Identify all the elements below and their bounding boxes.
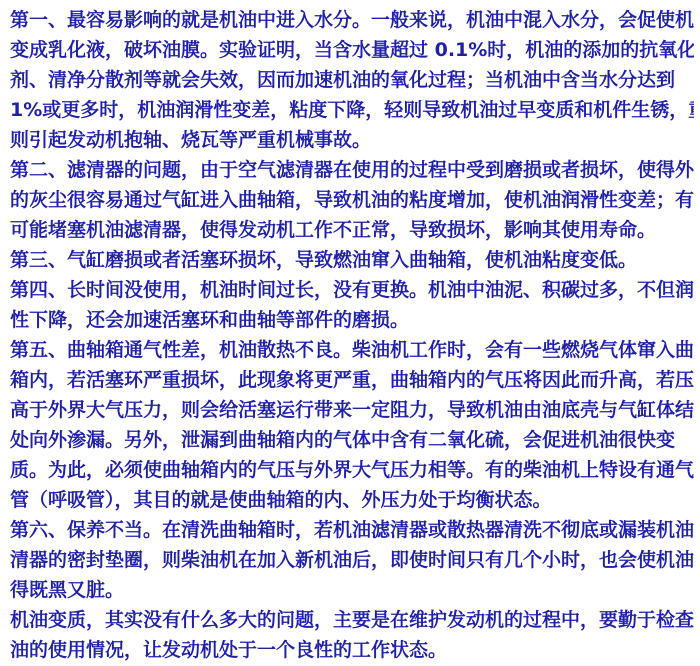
text-line: 高于外界大气压力，则会给活塞运行带来一定阻力，导致机油由油底壳与气缸体结合 — [10, 395, 694, 425]
text-line: 第一、最容易影响的就是机油中进入水分。一般来说，机油中混入水分，会促使机油 — [10, 5, 694, 35]
text-line: 油的使用情况，让发动机处于一个良性的工作状态。 — [10, 635, 694, 665]
text-line: 处向外渗漏。另外，泄漏到曲轴箱内的气体中含有二氧化硫，会促进机油很快变 — [10, 425, 694, 455]
text-line: 得既黑又脏。 — [10, 575, 694, 605]
text-line: 剂、清净分散剂等就会失效，因而加速机油的氧化过程；当机油中含当水分达到 — [10, 65, 694, 95]
text-line: 可能堵塞机油滤清器，使得发动机工作不正常，导致损坏，影响其使用寿命。 — [10, 215, 694, 245]
text-line: 性下降，还会加速活塞环和曲轴等部件的磨损。 — [10, 305, 694, 335]
text-line: 的灰尘很容易通过气缸进入曲轴箱，导致机油的粘度增加，使机油润滑性变差；有时 — [10, 185, 694, 215]
text-line: 管（呼吸管），其目的就是使曲轴箱的内、外压力处于均衡状态。 — [10, 485, 694, 515]
text-line: 变成乳化液，破坏油膜。实验证明，当含水量超过 0.1%时，机油的添加的抗氧化 — [10, 35, 694, 65]
text-line: 质。为此，必须使曲轴箱内的气压与外界大气压力相等。有的柴油机上特设有通气 — [10, 455, 694, 485]
text-line: 机油变质，其实没有什么多大的问题，主要是在维护发动机的过程中，要勤于检查机 — [10, 605, 694, 635]
text-line: 则引起发动机抱轴、烧瓦等严重机械事故。 — [10, 125, 694, 155]
text-line: 箱内，若活塞环严重损坏，此现象将更严重，曲轴箱内的气压将因此而升高，若压力 — [10, 365, 694, 395]
text-line: 第四、长时间没使用，机油时间过长，没有更换。机油中油泥、积碳过多，不但润滑 — [10, 275, 694, 305]
text-line: 第二、滤清器的问题，由于空气滤清器在使用的过程中受到磨损或者损坏，使得外部 — [10, 155, 694, 185]
text-line: 第三、气缸磨损或者活塞环损坏，导致燃油窜入曲轴箱，使机油粘度变低。 — [10, 245, 694, 275]
text-line: 1%或更多时，机油润滑性变差，粘度下降，轻则导致机油过早变质和机件生锈，重 — [10, 95, 694, 125]
text-line: 第六、保养不当。在清洗曲轴箱时，若机油滤清器或散热器清洗不彻底或漏装机油滤 — [10, 515, 694, 545]
article-text: 第一、最容易影响的就是机油中进入水分。一般来说，机油中混入水分，会促使机油 变成… — [0, 0, 700, 666]
text-line: 清器的密封垫圈，则柴油机在加入新机油后，即使时间只有几个小时，也会使机油变 — [10, 545, 694, 575]
text-line: 第五、曲轴箱通气性差，机油散热不良。柴油机工作时，会有一些燃烧气体窜入曲轴 — [10, 335, 694, 365]
